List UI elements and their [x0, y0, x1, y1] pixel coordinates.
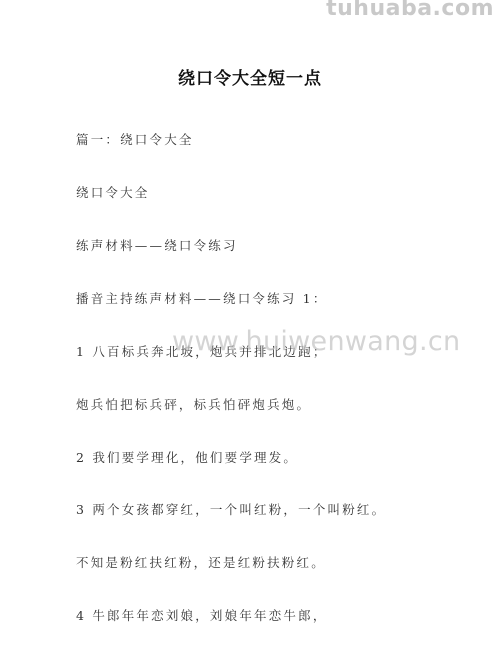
tongue-twister-line: 不知是粉红扶红粉，还是红粉扶粉红。 — [76, 553, 326, 571]
tongue-twister-line: 炮兵怕把标兵砰，标兵怕砰炮兵炮。 — [76, 395, 311, 413]
section-heading: 篇一：绕口令大全 — [76, 130, 194, 148]
paragraph-line: 练声材料——绕口令练习 — [76, 236, 238, 254]
paragraph-line: 播音主持练声材料——绕口令练习 1： — [76, 289, 328, 307]
tongue-twister-line: 3 两个女孩都穿红，一个叫红粉，一个叫粉红。 — [76, 500, 386, 518]
watermark-tuhuaba: tuhuaba.com — [326, 0, 494, 21]
tongue-twister-line: 2 我们要学理化，他们要学理发。 — [76, 448, 298, 466]
tongue-twister-line: 4 牛郎年年恋刘娘，刘娘年年恋牛郎， — [76, 606, 328, 624]
document-title: 绕口令大全短一点 — [0, 64, 500, 89]
watermark-huiwenwang: www.huiwenwang.cn — [172, 326, 460, 357]
subheading: 绕口令大全 — [76, 183, 150, 201]
